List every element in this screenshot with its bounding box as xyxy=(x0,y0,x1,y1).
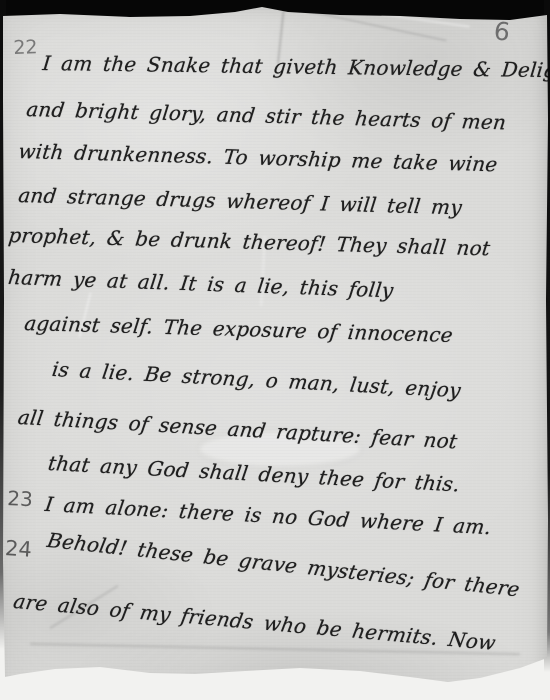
manuscript-line: Behold! these be grave mysteries; for th… xyxy=(45,527,522,602)
manuscript-line: are also of my friends who be hermits. N… xyxy=(11,588,497,656)
manuscript-line: and strange drugs whereof I will tell my xyxy=(17,182,463,220)
verse-number-23: 23 xyxy=(7,486,34,511)
manuscript-line: I am the Snake that giveth Knowledge & D… xyxy=(41,50,550,83)
verse-number-24: 24 xyxy=(4,536,32,562)
manuscript-line: all things of sense and rapture: fear no… xyxy=(16,404,459,454)
scanned-manuscript-page: 6 22 23 24 I am the Snake that giveth Kn… xyxy=(0,0,550,700)
manuscript-line: and bright glory, and stir the hearts of… xyxy=(25,96,508,135)
page-number: 6 xyxy=(492,16,511,47)
manuscript-line: that any God shall deny thee for this. xyxy=(46,450,461,497)
manuscript-line: harm ye at all. It is a lie, this folly xyxy=(7,264,395,303)
manuscript-line: is a lie. Be strong, o man, lust, enjoy xyxy=(50,356,462,403)
manuscript-line: against self. The exposure of innocence xyxy=(23,310,454,348)
manuscript-line: with drunkenness. To worship me take win… xyxy=(17,138,499,177)
verse-number-22: 22 xyxy=(13,36,38,59)
paper-sheet: 6 22 23 24 I am the Snake that giveth Kn… xyxy=(0,0,550,700)
manuscript-line: prophet, & be drunk thereof! They shall … xyxy=(7,222,492,261)
